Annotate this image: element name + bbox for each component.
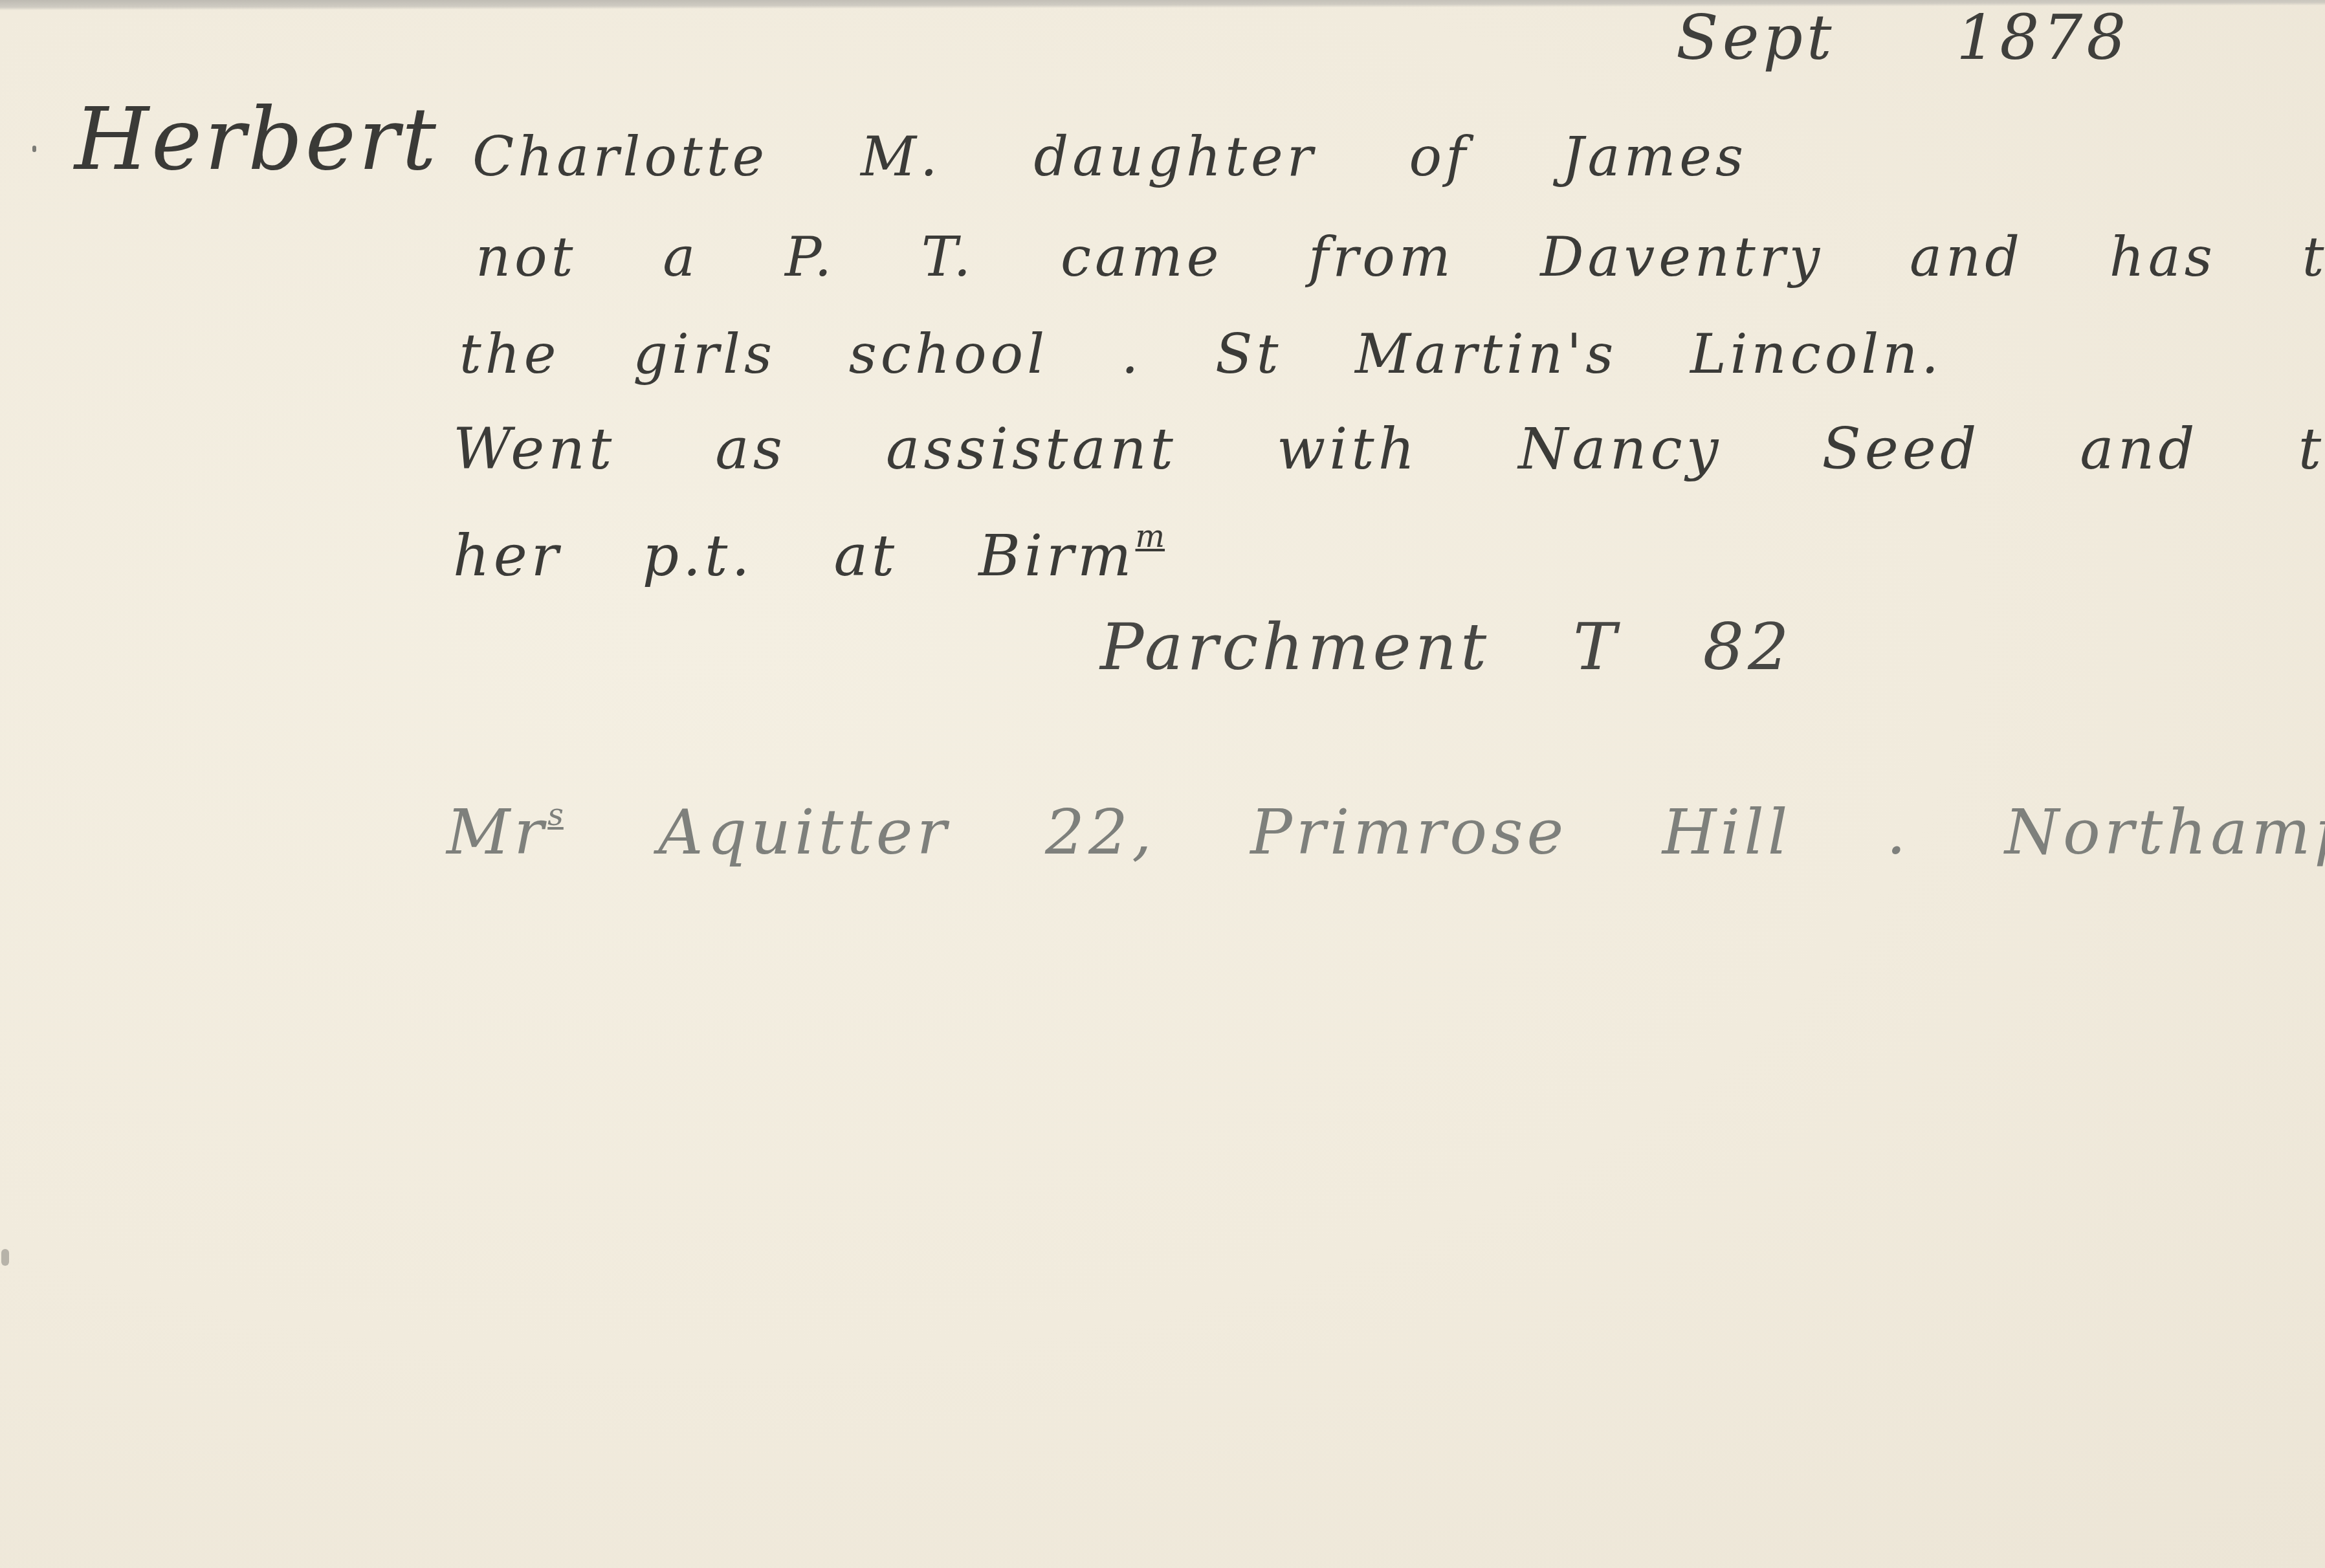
entry-line-5-superscript: m xyxy=(1136,518,1165,555)
parchment-reference: Parchment T 82 xyxy=(1100,615,1793,679)
entry-line-5-text: her p.t. at Birm xyxy=(453,522,1136,589)
register-page: Sept 1878 Herbert Charlotte M. daughter … xyxy=(0,0,2325,1568)
margin-mark xyxy=(32,146,36,152)
address-text: Aquitter 22, Primrose Hill . Northampton… xyxy=(658,796,2325,868)
date-year: 1878 xyxy=(1956,1,2130,74)
entry-line-5: her p.t. at Birmm xyxy=(453,521,1165,584)
entry-line-4: Went as assistant with Nancy Seed and th… xyxy=(453,421,2325,478)
address-title: Mr xyxy=(446,796,547,868)
entry-line-2: not a P. T. came from Daventry and has t… xyxy=(476,230,2325,284)
entry-date: Sept 1878 xyxy=(1676,6,2130,69)
address-title-superscript: s xyxy=(547,797,564,833)
later-address: Mrs Aquitter 22, Primrose Hill . Northam… xyxy=(446,799,2325,863)
entry-line-1: Charlotte M. daughter of James xyxy=(472,129,1747,184)
surname-heading: Herbert xyxy=(74,97,439,182)
entry-line-3: the girls school . St Martin's Lincoln. xyxy=(459,327,1943,381)
paper-blemish xyxy=(1,1249,9,1266)
date-month: Sept xyxy=(1676,1,1836,74)
